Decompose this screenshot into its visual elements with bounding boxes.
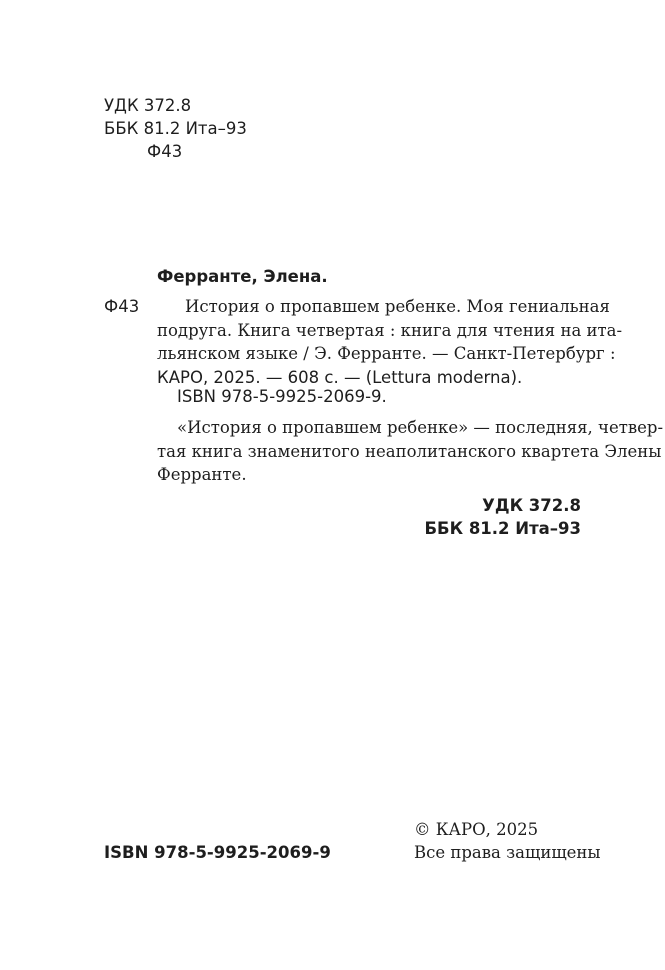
rights-reserved: Все права защищены (414, 842, 601, 863)
udk-code: УДК 372.8 (104, 95, 191, 116)
right-udk-code: УДК 372.8 (482, 495, 581, 516)
card-author-mark: Ф43 (104, 296, 139, 317)
author-mark: Ф43 (147, 141, 182, 162)
right-bbk-code: ББК 81.2 Ита–93 (424, 518, 581, 539)
bbk-code: ББК 81.2 Ита–93 (104, 118, 247, 139)
description-line: льянском языке / Э. Ферранте. — Санкт-Пе… (157, 342, 581, 366)
annotation-line: тая книга знаменитого неаполитанского кв… (157, 440, 581, 464)
annotation: «История о пропавшем ребенке» — последня… (157, 416, 581, 487)
card-isbn: ISBN 978-5-9925-2069-9. (177, 386, 387, 407)
footer-isbn: ISBN 978-5-9925-2069-9 (104, 842, 331, 863)
description-line: История о пропавшем ребенке. Моя гениаль… (157, 295, 581, 319)
annotation-line: «История о пропавшем ребенке» — последня… (157, 416, 581, 440)
author-heading: Ферранте, Элена. (157, 266, 328, 287)
description-line: подруга. Книга четвертая : книга для чте… (157, 319, 581, 343)
copyright: © КАРО, 2025 (414, 819, 538, 840)
bibliographic-description: История о пропавшем ребенке. Моя гениаль… (157, 295, 581, 389)
annotation-line: Ферранте. (157, 463, 581, 487)
